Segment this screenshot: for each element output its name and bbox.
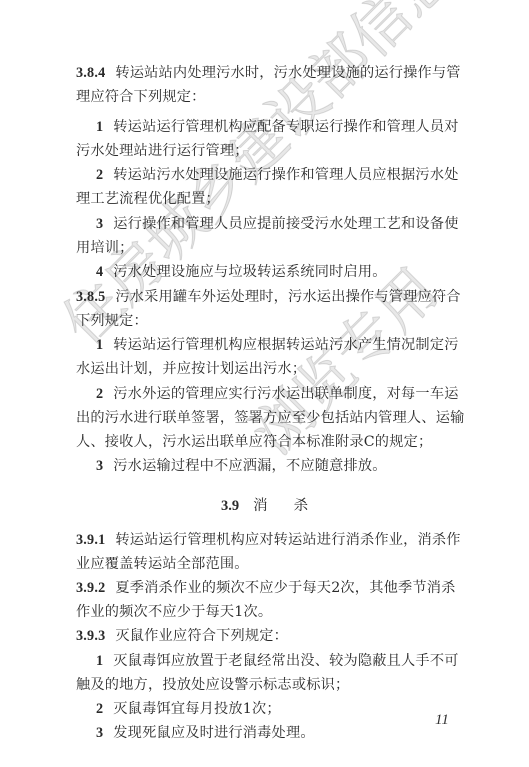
item-2b-line3: 人、接收人，污水运出联单应符合本标准附录C的规定； xyxy=(76,432,461,452)
page-number: 11 xyxy=(435,712,449,729)
item-2-line2: 理工艺流程优化配置； xyxy=(76,189,461,209)
clause-3-8-4-line1: 3.8.4转运站站内处理污水时，污水处理设施的运行操作与管 xyxy=(76,63,461,83)
section-heading: 3.9消杀 xyxy=(0,494,529,515)
item-1-line2: 污水处理站进行运行管理； xyxy=(76,141,461,161)
item-3c-line1: 3发现死鼠应及时进行消毒处理。 xyxy=(96,723,481,743)
clause-3-8-4-line2: 理应符合下列规定： xyxy=(76,87,461,107)
document-page: 住房城乡建设部信息公开 浏览专用 3.8.4转运站站内处理污水时，污水处理设施的… xyxy=(0,0,529,767)
item-1-line1: 1转运站运行管理机构应配备专职运行操作和管理人员对 xyxy=(96,117,481,137)
clause-3-8-5-line2: 下列规定： xyxy=(76,311,461,331)
clause-3-9-1-line2: 业应覆盖转运站全部范围。 xyxy=(76,554,461,574)
clause-3-9-2-line2: 作业的频次不应少于每天1次。 xyxy=(76,602,461,622)
item-2b-line2: 出的污水进行联单签署，签署方应至少包括站内管理人、运输 xyxy=(76,408,461,428)
item-3-line1: 3运行操作和管理人员应提前接受污水处理工艺和设备使 xyxy=(96,214,481,234)
item-1b-line1: 1转运站运行管理机构应根据转运站污水产生情况制定污 xyxy=(96,335,481,355)
item-3b-line1: 3污水运输过程中不应洒漏，不应随意排放。 xyxy=(96,456,481,476)
clause-3-9-2-line1: 3.9.2夏季消杀作业的频次不应少于每天2次，其他季节消杀 xyxy=(76,578,461,598)
item-4-line1: 4污水处理设施应与垃圾转运系统同时启用。 xyxy=(96,262,481,282)
clause-3-9-1-line1: 3.9.1转运站运行管理机构应对转运站进行消杀作业，消杀作 xyxy=(76,530,461,550)
item-2c-line1: 2灭鼠毒饵宜每月投放1次； xyxy=(96,699,481,719)
clause-3-8-5-line1: 3.8.5污水采用罐车外运处理时，污水运出操作与管理应符合 xyxy=(76,287,461,307)
clause-3-9-3-line1: 3.9.3灭鼠作业应符合下列规定： xyxy=(76,626,461,646)
item-1b-line2: 水运出计划，并应按计划运出污水； xyxy=(76,359,461,379)
item-3-line2: 用培训； xyxy=(76,238,461,258)
item-1c-line2: 触及的地方，投放处应设警示标志或标识； xyxy=(76,675,461,695)
item-1c-line1: 1灭鼠毒饵应放置于老鼠经常出没、较为隐蔽且人手不可 xyxy=(96,651,481,671)
item-2b-line1: 2污水外运的管理应实行污水运出联单制度，对每一车运 xyxy=(96,384,481,404)
item-2-line1: 2转运站污水处理设施运行操作和管理人员应根据污水处 xyxy=(96,165,481,185)
